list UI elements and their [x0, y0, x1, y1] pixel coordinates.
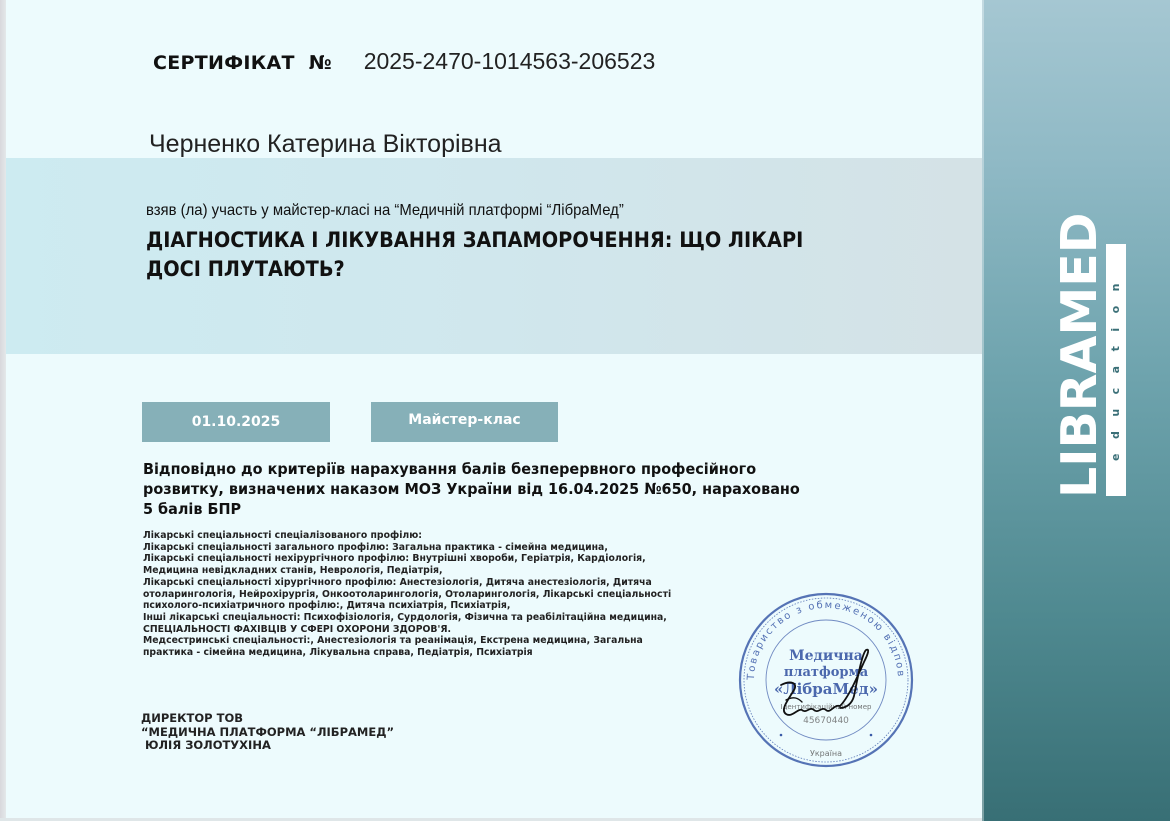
event-type-badge: Майстер-клас — [371, 402, 558, 442]
signatory-title: ДИРЕКТОР ТОВ — [141, 712, 394, 726]
specialty-line: Лікарські спеціальності хірургічного про… — [143, 577, 783, 589]
stamp-country: Україна — [810, 749, 842, 758]
specialty-line: Лікарські спеціальності нехірургічного п… — [143, 553, 783, 565]
signatory-block: ДИРЕКТОР ТОВ “МЕДИЧНА ПЛАТФОРМА “ЛІБРАМЕ… — [141, 712, 394, 753]
course-title-line: ДОСІ ПЛУТАЮТЬ? — [146, 255, 882, 284]
specialty-line: Лікарські спеціальності спеціалізованого… — [143, 530, 783, 542]
event-date-badge: 01.10.2025 — [142, 402, 330, 442]
course-title-line: ДІАГНОСТИКА І ЛІКУВАННЯ ЗАПАМОРОЧЕННЯ: Щ… — [146, 226, 882, 255]
specialty-line: Лікарські спеціальності загального профі… — [143, 542, 783, 554]
participation-text: взяв (ла) участь у майстер-класі на “Мед… — [146, 202, 624, 220]
specialty-line: СПЕЦІАЛЬНОСТІ ФАХІВЦІВ У СФЕРІ ОХОРОНИ З… — [143, 624, 783, 636]
specialty-line: практика - сімейна медицина, Лікувальна … — [143, 647, 783, 659]
cpd-line: 5 балів БПР — [143, 499, 868, 519]
number-sign: № — [309, 52, 332, 74]
specialty-line: Медицина невідкладних станів, Неврологія… — [143, 565, 783, 577]
certificate-label: СЕРТИФІКАТ — [153, 52, 295, 74]
specialties-list: Лікарські спеціальності спеціалізованого… — [143, 530, 783, 659]
logo-subtitle-box: education — [1106, 244, 1126, 496]
signatory-company: “МЕДИЧНА ПЛАТФОРМА “ЛІБРАМЕД” — [141, 726, 394, 740]
logo-wordmark: LIBRAMED — [1058, 244, 1102, 498]
specialty-line: Інші лікарські спеціальності: Психофізіо… — [143, 612, 783, 624]
specialty-line: Медсестринські спеціальності:, Анестезіо… — [143, 635, 783, 647]
signatory-name: ЮЛІЯ ЗОЛОТУХІНА — [141, 739, 394, 753]
recipient-name: Черненко Катерина Вікторівна — [149, 130, 502, 159]
company-stamp: Товариство з обмеженою відповідальністю … — [736, 590, 916, 770]
cpd-line: розвитку, визначених наказом МОЗ України… — [143, 479, 868, 499]
specialty-line: психолого-психіатричного профілю:, Дитяч… — [143, 600, 783, 612]
cpd-points-statement: Відповідно до критеріїв нарахування балі… — [143, 459, 868, 519]
libramed-logo: LIBRAMED education — [1058, 244, 1128, 498]
logo-subtitle: education — [1106, 244, 1126, 496]
certificate-header: СЕРТИФІКАТ № 2025-2470-1014563-206523 — [153, 48, 655, 75]
stamp-center-line: Медична — [789, 648, 863, 664]
stamp-id-number: 45670440 — [803, 716, 849, 726]
specialty-line: отоларингологія, Нейрохірургія, Онкоотол… — [143, 589, 783, 601]
course-title: ДІАГНОСТИКА І ЛІКУВАННЯ ЗАПАМОРОЧЕННЯ: Щ… — [146, 226, 882, 284]
cpd-line: Відповідно до критеріїв нарахування балі… — [143, 459, 868, 479]
certificate-number: 2025-2470-1014563-206523 — [364, 48, 656, 75]
